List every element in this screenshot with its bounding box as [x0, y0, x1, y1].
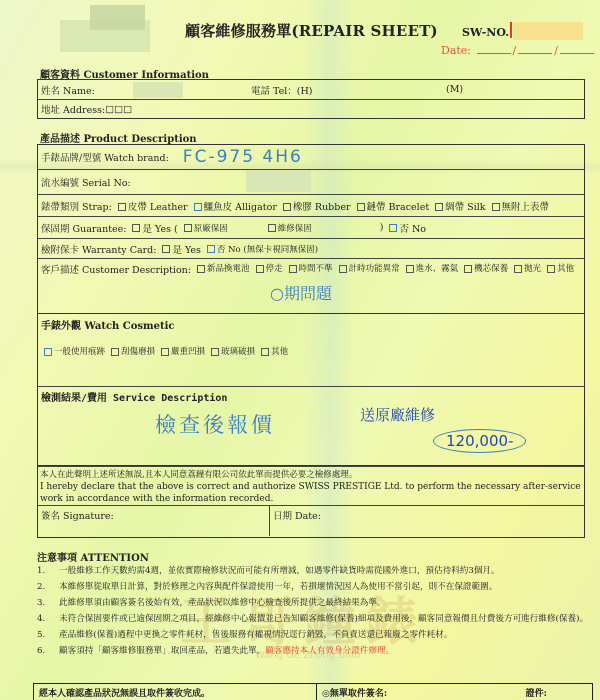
- cosmetic-option-label: 玻璃破損: [221, 347, 255, 357]
- cosmetic-option-label: 其他: [271, 347, 288, 357]
- description-checkbox[interactable]: [339, 265, 347, 273]
- strap-row: 錶帶類別 Strap: 皮帶 Leather鱷魚皮 Alligator橡膠 Ru…: [38, 195, 584, 217]
- cosmetic-option-label: 嚴重凹損: [171, 347, 205, 357]
- attention-item-text: 一般維修工作天數約需4週，並依實際檢修狀況而可能有所增減，如遇零件缺貨時需從國外…: [59, 563, 500, 579]
- tel-label: 電話 Tel：(H): [251, 83, 312, 97]
- description-checkbox[interactable]: [256, 265, 264, 273]
- attention-item-text: 顧客須持「顧客維修服務單」取回產品，若遺失此單，顧客應持本人有效身分證件辦理。: [59, 643, 394, 659]
- attention-item-body: 顧客須持「顧客維修服務單」取回產品，若遺失此單，: [59, 646, 265, 656]
- date-year-field[interactable]: [560, 53, 594, 54]
- guarantee-repair-label: 維修保固: [278, 222, 312, 234]
- attention-heading: 注意事項 ATTENTION: [37, 549, 149, 564]
- name-row: 姓名 Name: 電話 Tel：(H) (M): [38, 80, 584, 100]
- signature-label: 簽名 Signature:: [41, 511, 114, 522]
- description-checkbox[interactable]: [464, 265, 472, 273]
- strap-option-label: 鱷魚皮 Alligator: [204, 202, 277, 213]
- attention-item: 6.顧客須持「顧客維修服務單」取回產品，若遺失此單，顧客應持本人有效身分證件辦理…: [37, 643, 597, 659]
- redacted-logo-top: [90, 5, 145, 30]
- no-slip-label: ◎無單取件簽名:: [322, 686, 387, 700]
- strap-checkbox[interactable]: [492, 203, 500, 211]
- attention-item-number: 4.: [37, 611, 59, 627]
- redacted-name: [133, 82, 183, 98]
- cosmetic-checkbox[interactable]: [111, 348, 119, 356]
- description-option-label: 計時功能異常: [349, 264, 400, 274]
- sign-date-label: 日期 Date:: [273, 511, 321, 522]
- description-option-label: 拋光: [524, 264, 541, 274]
- brand-row: 手錶品牌/型號 Watch brand: FC-975 4H6: [38, 145, 584, 170]
- description-option-label: 機芯保養: [474, 264, 508, 274]
- description-checkbox[interactable]: [197, 265, 205, 273]
- attention-item-text: 未符合保固要件或已逾保固期之項目，經維修中心報價並已告知顧客維修(保養)細項及費…: [59, 611, 588, 627]
- customer-box: 姓名 Name: 電話 Tel：(H) (M) 地址 Address: □□□: [37, 79, 585, 119]
- date-month-field[interactable]: [518, 53, 552, 54]
- date-label: Date:: [441, 44, 471, 57]
- guarantee-row: 保固期 Guarantee: 是 Yes ( 原廠保固 維修保固 ) 否 No: [38, 217, 584, 239]
- address-label: 地址 Address:: [41, 102, 105, 116]
- date-header: Date: //: [441, 44, 596, 57]
- strap-checkbox[interactable]: [194, 203, 202, 211]
- attention-item-number: 3.: [37, 595, 59, 611]
- address-value[interactable]: □□□: [105, 104, 132, 115]
- service-price[interactable]: 120,000-: [433, 429, 526, 453]
- guarantee-yes-checkbox[interactable]: [132, 224, 140, 232]
- date-sep: /: [513, 44, 517, 57]
- date-sep: /: [554, 44, 558, 57]
- description-options: 新品換電池停走時間不準計時功能異常進水、霧氣機芯保養拋光其他: [191, 262, 574, 274]
- warranty-row: 檢附保卡 Warranty Card: 是 Yes 否 No (無保卡視同無保固…: [38, 239, 584, 259]
- attention-item-body: 此維修單須由顧客簽名後始有效，產品狀況以維修中心檢查後所提供之最終結果為準。: [59, 598, 386, 608]
- guarantee-repair-checkbox[interactable]: [268, 224, 276, 232]
- cosmetic-checkbox[interactable]: [44, 348, 52, 356]
- signature-row: 簽名 Signature: 日期 Date:: [38, 505, 584, 536]
- attention-item: 5.產品維修(保養)過程中更換之零件耗材，售後服務有權視情況逕行銷毀，不負責送還…: [37, 627, 597, 643]
- pickup-box: 經本人確認產品狀況無誤且取件簽收完成。 ◎無單取件簽名: 證件:: [33, 683, 593, 700]
- cosmetic-checkbox[interactable]: [211, 348, 219, 356]
- attention-item: 4.未符合保固要件或已逾保固期之項目，經維修中心報價並已告知顧客維修(保養)細項…: [37, 611, 597, 627]
- redacted-serial: [246, 170, 311, 192]
- address-row: 地址 Address: □□□: [38, 100, 584, 118]
- signature-field[interactable]: 簽名 Signature:: [38, 506, 270, 536]
- service-box: 檢測結果/費用 Service Description 檢查後報價 送原廠維修 …: [37, 386, 585, 466]
- strap-label: 錶帶類別 Strap:: [41, 199, 112, 213]
- strap-checkbox[interactable]: [357, 203, 365, 211]
- cosmetic-box: 手錶外觀 Watch Cosmetic 一般使用痕跡刮傷磨損嚴重凹損玻璃破損其他: [37, 314, 585, 387]
- mobile-label: (M): [446, 84, 463, 95]
- date-day-field[interactable]: [477, 53, 511, 54]
- cosmetic-section-label: 手錶外觀 Watch Cosmetic: [38, 314, 584, 335]
- strap-option-label: 橡膠 Rubber: [293, 202, 351, 213]
- brand-label: 手錶品牌/型號 Watch brand:: [41, 150, 169, 164]
- sign-date-field[interactable]: 日期 Date:: [270, 506, 584, 536]
- guarantee-label: 保固期 Guarantee:: [41, 221, 126, 235]
- guarantee-no-checkbox[interactable]: [389, 224, 397, 232]
- serial-row: 流水編號 Serial No:: [38, 170, 584, 195]
- description-option-label: 進水、霧氣: [416, 264, 459, 274]
- cosmetic-checkbox[interactable]: [161, 348, 169, 356]
- service-section-label: 檢測結果/費用 Service Description: [38, 387, 584, 406]
- product-section-label: 產品描述 Product Description: [40, 130, 197, 145]
- attention-item-number: 5.: [37, 627, 59, 643]
- attention-item-text: 此維修單須由顧客簽名後始有效，產品狀況以維修中心檢查後所提供之最終結果為準。: [59, 595, 386, 611]
- attention-item-body: 本維修單從取單日計算，對於修理之內容與配件保證使用一年，若損壞情況因人為使用不當…: [59, 582, 497, 592]
- attention-item-number: 2.: [37, 579, 59, 595]
- guarantee-yes-label: 是 Yes (: [142, 221, 177, 235]
- attention-list: 1.一般維修工作天數約需4週，並依實際檢修狀況而可能有所增減，如遇零件缺貨時需從…: [37, 563, 597, 659]
- description-option-label: 停走: [266, 264, 283, 274]
- description-option-label: 其他: [557, 264, 574, 274]
- attention-item-text: 本維修單從取單日計算，對於修理之內容與配件保證使用一年，若損壞情況因人為使用不當…: [59, 579, 497, 595]
- sw-no-label: SW-NO.: [462, 26, 509, 39]
- cosmetic-options: 一般使用痕跡刮傷磨損嚴重凹損玻璃破損其他: [38, 335, 584, 357]
- brand-value[interactable]: FC-975 4H6: [183, 147, 303, 167]
- service-note-factory[interactable]: 送原廠維修: [360, 404, 435, 425]
- description-label: 客戶描述 Customer Description:: [41, 262, 191, 276]
- strap-checkbox[interactable]: [118, 203, 126, 211]
- description-checkbox[interactable]: [406, 265, 414, 273]
- guarantee-original-label: 原廠保固: [194, 222, 228, 234]
- description-checkbox[interactable]: [289, 265, 297, 273]
- attention-item-text: 產品維修(保養)過程中更換之零件耗材，售後服務有權視情況逕行銷毀，不負責送還已報…: [59, 627, 452, 643]
- warranty-yes-checkbox[interactable]: [162, 245, 170, 253]
- product-box: 手錶品牌/型號 Watch brand: FC-975 4H6 流水編號 Ser…: [37, 144, 585, 314]
- description-option-label: 時間不準: [299, 264, 333, 274]
- cosmetic-checkbox[interactable]: [261, 348, 269, 356]
- guarantee-original-checkbox[interactable]: [184, 224, 192, 232]
- strap-option-label: 鏈帶 Bracelet: [367, 202, 430, 213]
- description-checkbox[interactable]: [547, 265, 555, 273]
- strap-option-label: 皮帶 Leather: [128, 202, 188, 213]
- serial-label: 流水編號 Serial No:: [41, 175, 131, 189]
- repair-sheet: 顧客維修服務單(REPAIR SHEET) SW-NO. Date: // 顧客…: [0, 0, 600, 700]
- strap-options: 皮帶 Leather鱷魚皮 Alligator橡膠 Rubber鏈帶 Brace…: [112, 199, 549, 213]
- attention-item: 1.一般維修工作天數約需4週，並依實際檢修狀況而可能有所增減，如遇零件缺貨時需從…: [37, 563, 597, 579]
- declaration-box: 本人在此聲明上述所述無誤,且本人同意荔鐘有限公司依此單而提供必要之檢修處理。 I…: [37, 466, 585, 538]
- strap-checkbox[interactable]: [435, 203, 443, 211]
- attention-item: 2.本維修單從取單日計算，對於修理之內容與配件保證使用一年，若損壞情況因人為使用…: [37, 579, 597, 595]
- warranty-no-checkbox[interactable]: [207, 245, 215, 253]
- strap-checkbox[interactable]: [283, 203, 291, 211]
- attention-item-body: 一般維修工作天數約需4週，並依實際檢修狀況而可能有所增減，如遇零件缺貨時需從國外…: [59, 566, 500, 576]
- pickup-no-slip[interactable]: ◎無單取件簽名: 證件:: [317, 684, 592, 700]
- id-label: 證件:: [526, 686, 547, 700]
- strap-option-label: 綢帶 Silk: [445, 202, 485, 213]
- warranty-label: 檢附保卡 Warranty Card:: [41, 242, 156, 256]
- description-checkbox[interactable]: [514, 265, 522, 273]
- cosmetic-option-label: 一般使用痕跡: [54, 347, 105, 357]
- warranty-yes-label: 是 Yes: [172, 242, 200, 256]
- page-title: 顧客維修服務單(REPAIR SHEET): [185, 20, 438, 41]
- attention-item: 3.此維修單須由顧客簽名後始有效，產品狀況以維修中心檢查後所提供之最終結果為準。: [37, 595, 597, 611]
- service-note-quote[interactable]: 檢查後報價: [155, 409, 275, 439]
- pickup-confirm[interactable]: 經本人確認產品狀況無誤且取件簽收完成。: [34, 684, 317, 700]
- description-handwritten[interactable]: ○期問題: [270, 281, 332, 304]
- declaration-en: I hereby declare that the above is corre…: [38, 481, 584, 505]
- guarantee-close-paren: ): [380, 222, 384, 233]
- warranty-no-label: 否 No (無保卡視同無保固): [217, 243, 318, 255]
- cosmetic-option-label: 刮傷磨損: [121, 347, 155, 357]
- guarantee-no-label: 否 No: [399, 221, 426, 235]
- description-row: 客戶描述 Customer Description: 新品換電池停走時間不準計時…: [38, 259, 584, 313]
- name-label: 姓名 Name:: [41, 83, 95, 97]
- attention-item-number: 1.: [37, 563, 59, 579]
- attention-item-warning: 顧客應持本人有效身分證件辦理。: [265, 646, 394, 656]
- sw-no-marker: [510, 22, 512, 38]
- description-option-label: 新品換電池: [207, 264, 250, 274]
- declaration-zh: 本人在此聲明上述所述無誤,且本人同意荔鐘有限公司依此單而提供必要之檢修處理。: [38, 467, 584, 481]
- redacted-sw-no: [513, 22, 583, 40]
- attention-item-body: 未符合保固要件或已逾保固期之項目，經維修中心報價並已告知顧客維修(保養)細項及費…: [59, 614, 588, 624]
- attention-item-number: 6.: [37, 643, 59, 659]
- attention-item-body: 產品維修(保養)過程中更換之零件耗材，售後服務有權視情況逕行銷毀，不負責送還已報…: [59, 630, 452, 640]
- strap-option-label: 無附上表帶: [502, 202, 550, 213]
